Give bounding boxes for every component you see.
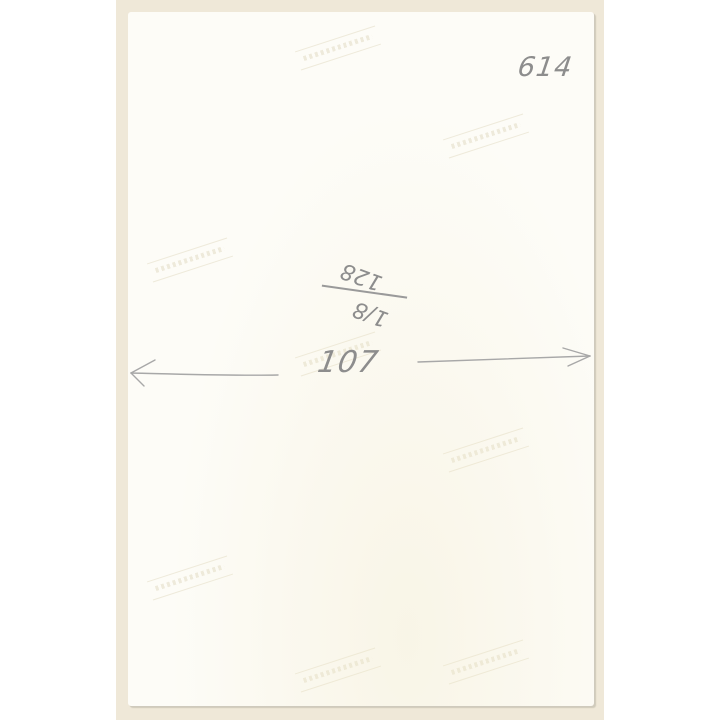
watermark-stamp — [443, 640, 529, 685]
watermark-stamp — [295, 26, 381, 71]
watermark-stamp — [147, 556, 233, 601]
inventory-number: 614 — [516, 52, 575, 83]
width-measurement: 107 — [315, 345, 381, 380]
watermark-stamp — [443, 428, 529, 473]
watermark-stamp — [147, 238, 233, 283]
fraction-numerator: 1/8 — [350, 296, 392, 332]
watermark-stamp — [295, 648, 381, 693]
watermark-stamp — [443, 114, 529, 159]
